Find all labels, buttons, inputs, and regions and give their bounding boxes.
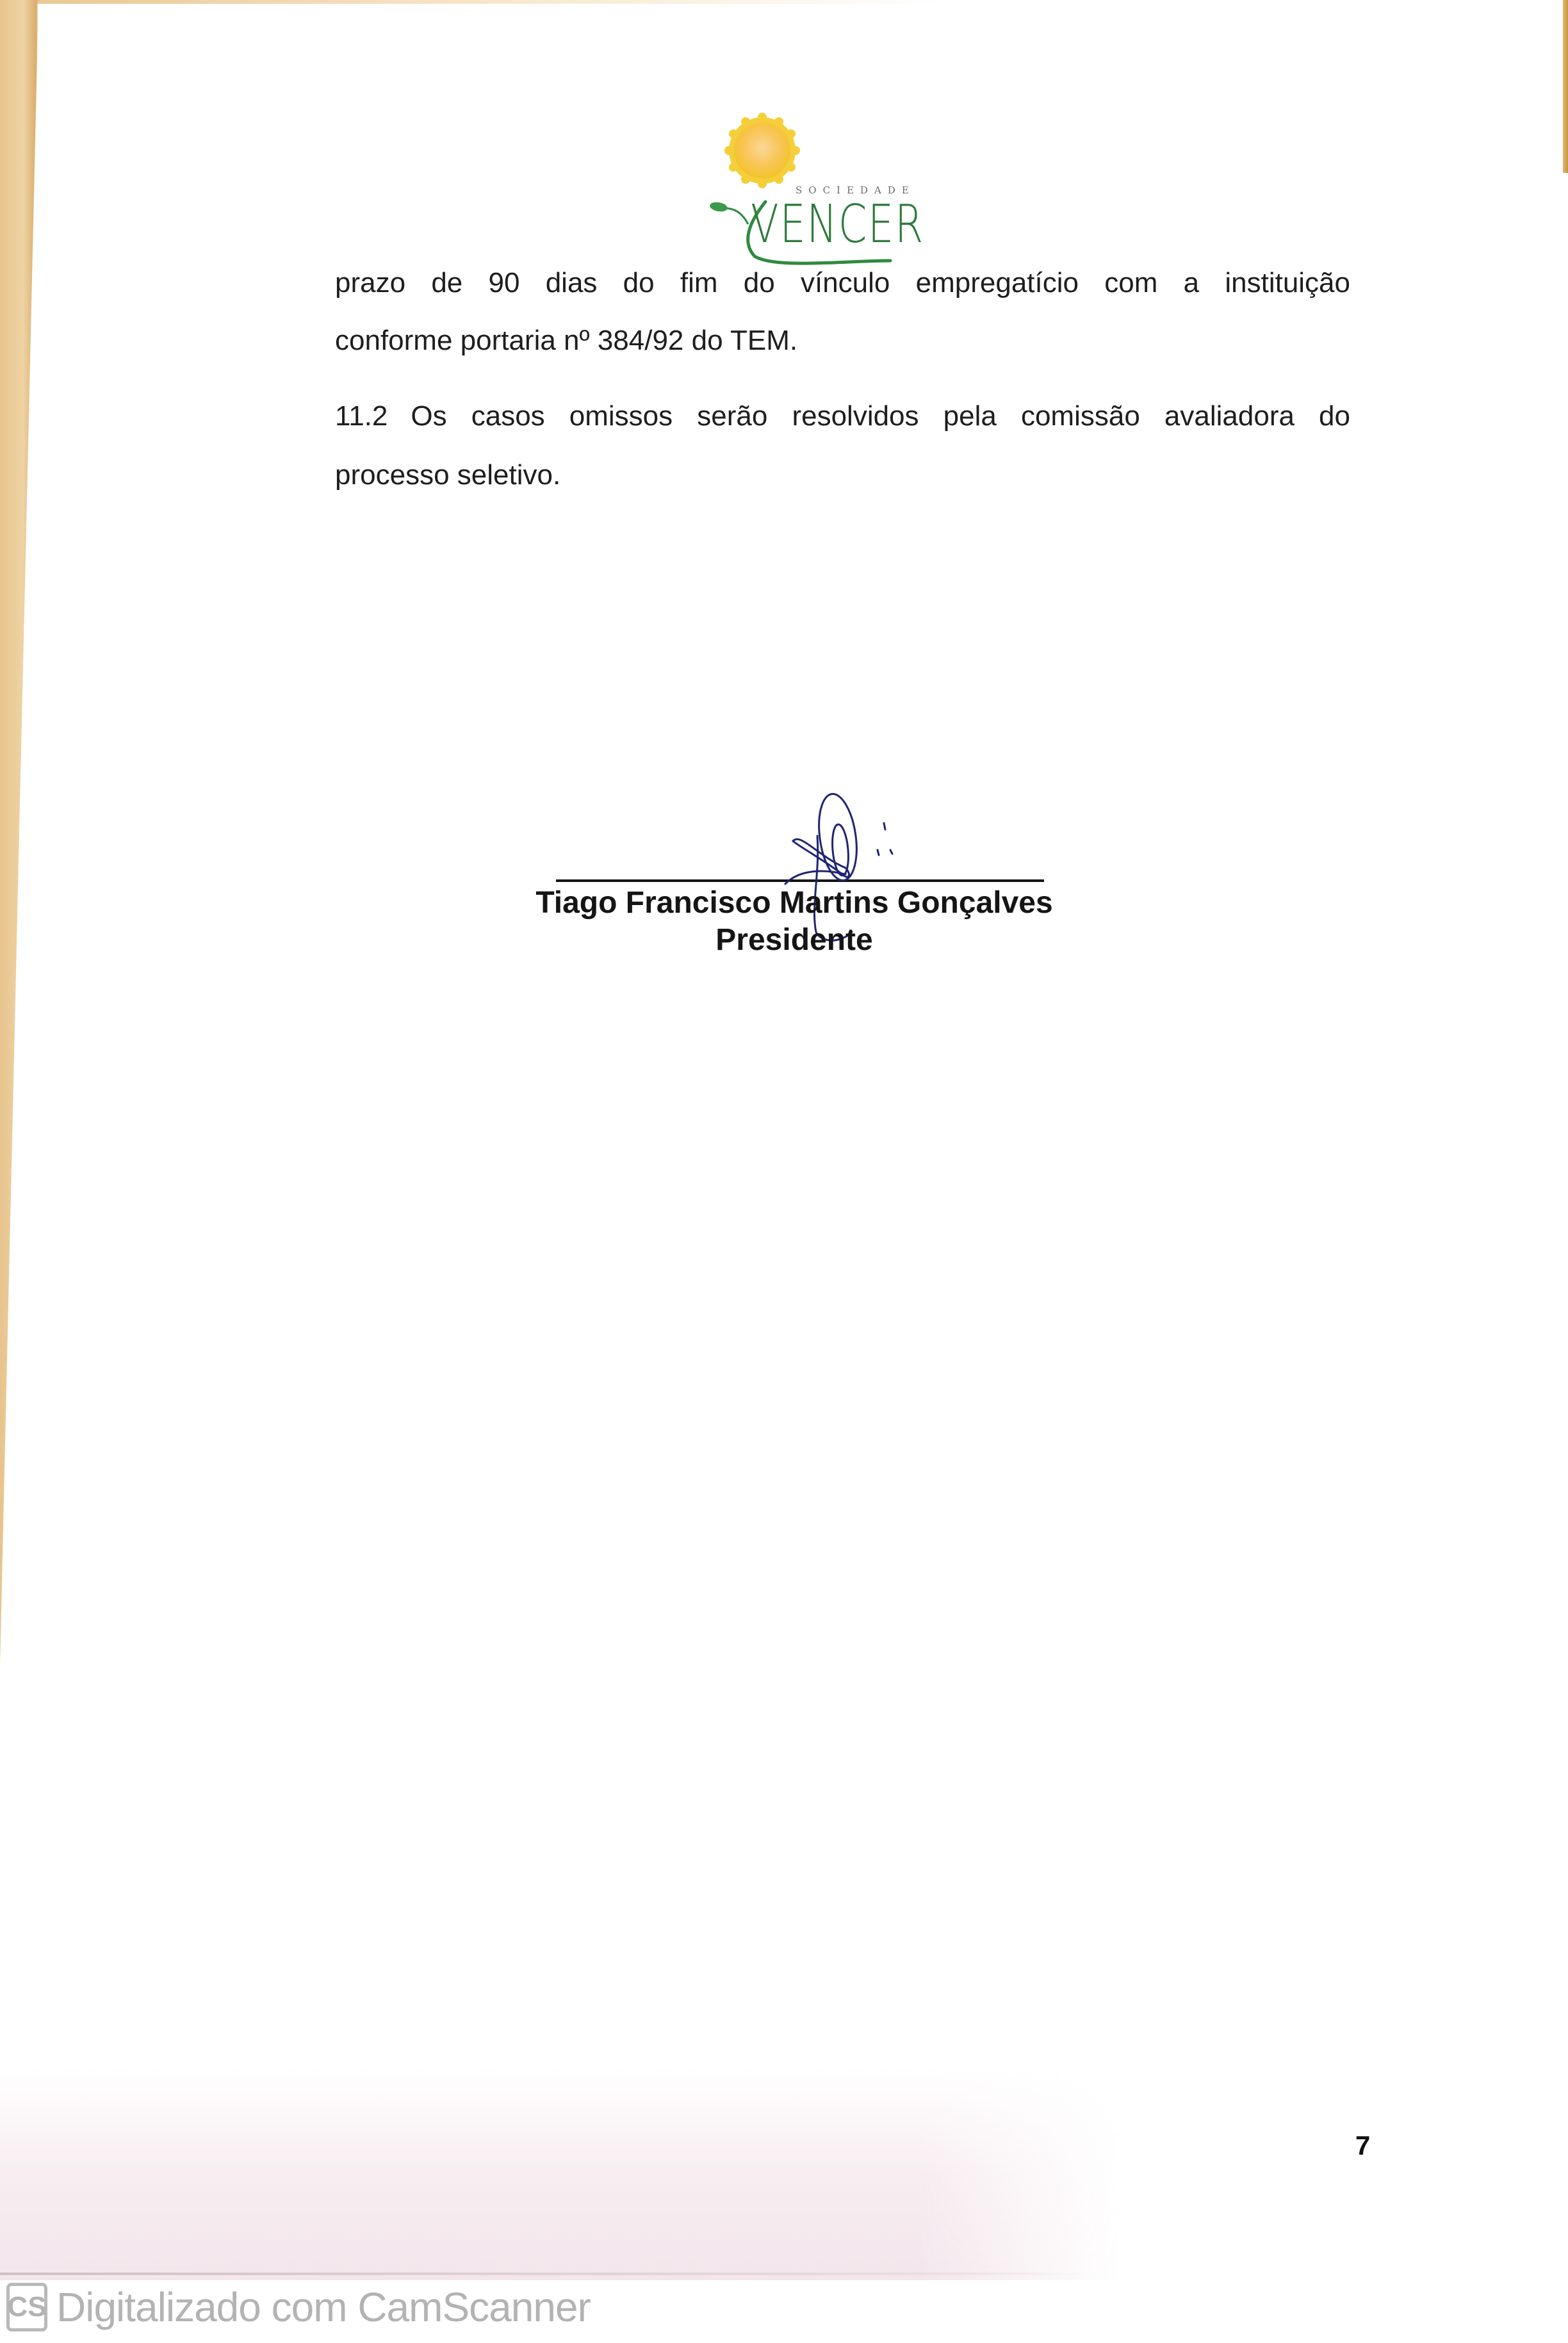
text-line: Os casos omissos serão resolvidos pela c… [411, 402, 1350, 430]
clause-11-2: 11.2 Os casos omissos serão resolvidos p… [335, 402, 1350, 430]
text-line: processo seletivo. [335, 461, 1350, 489]
background-edge-top [0, 0, 1568, 4]
page-shadow [0, 2069, 1121, 2280]
page-number: 7 [1355, 2130, 1370, 2161]
signatory-role: Presidente [500, 922, 1089, 958]
text-line: conforme portaria nº 384/92 do TEM. [335, 327, 1350, 355]
text-line: prazo de 90 dias do fim do vínculo empre… [335, 269, 1350, 297]
signatory-name: Tiago Francisco Martins Gonçalves [500, 885, 1089, 920]
camscanner-logo-icon: CS [6, 2283, 47, 2331]
sociedade-vencer-logo: SOCIEDADE VENCER [679, 112, 922, 272]
logo-name: VENCER [751, 194, 924, 255]
camscanner-watermark: CS Digitalizado com CamScanner [6, 2282, 591, 2333]
background-wood-left [0, 0, 38, 1665]
background-wood-right [1563, 0, 1568, 173]
clause-number: 11.2 [335, 402, 388, 430]
watermark-text: Digitalizado com CamScanner [56, 2283, 591, 2331]
page-bottom-edge [0, 2273, 1089, 2275]
